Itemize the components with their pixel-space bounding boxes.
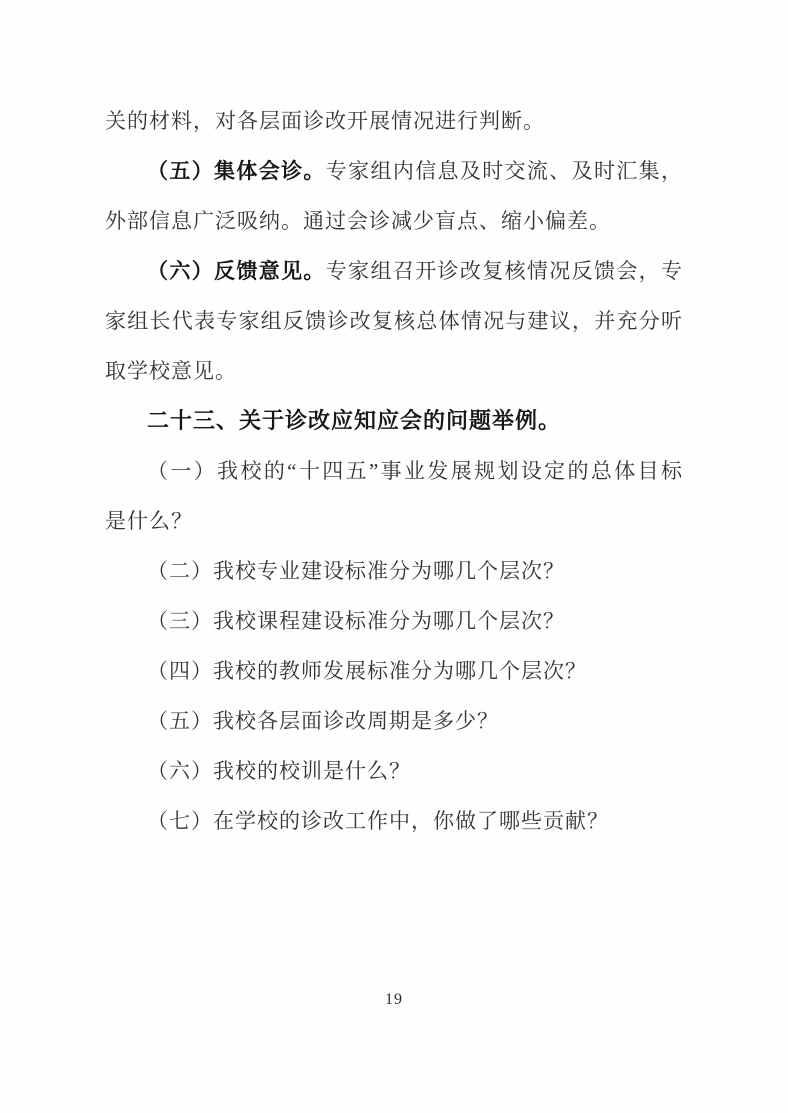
paragraph-continuation-line: 关的材料，对各层面诊改开展情况进行判断。 — [105, 96, 683, 146]
item-five-continuation-line: 外部信息广泛吸纳。通过会诊减少盲点、缩小偏差。 — [105, 196, 683, 246]
question-one-continuation-line: 是什么？ — [105, 496, 683, 546]
question-four-line: （四）我校的教师发展标准分为哪几个层次？ — [105, 646, 683, 696]
item-six-final-line: 取学校意见。 — [105, 346, 683, 396]
page-number: 19 — [0, 991, 788, 1009]
section-twenty-three-heading: 二十三、关于诊改应知应会的问题举例。 — [105, 396, 683, 446]
item-six-continuation-line: 家组长代表专家组反馈诊改复核总体情况与建议，并充分听 — [105, 296, 683, 346]
item-five-text: 专家组内信息及时交流、及时汇集， — [326, 159, 683, 183]
item-five-label: （五）集体会诊。 — [147, 159, 326, 183]
document-body: 关的材料，对各层面诊改开展情况进行判断。 （五）集体会诊。专家组内信息及时交流、… — [105, 96, 683, 846]
question-seven-line: （七）在学校的诊改工作中，你做了哪些贡献？ — [105, 796, 683, 846]
question-one-line: （一）我校的“十四五”事业发展规划设定的总体目标 — [105, 446, 683, 496]
item-six-feedback-line: （六）反馈意见。专家组召开诊改复核情况反馈会，专 — [105, 246, 683, 296]
question-three-line: （三）我校课程建设标准分为哪几个层次？ — [105, 596, 683, 646]
question-six-line: （六）我校的校训是什么？ — [105, 746, 683, 796]
item-five-collective-consultation-line: （五）集体会诊。专家组内信息及时交流、及时汇集， — [105, 146, 683, 196]
item-six-label: （六）反馈意见。 — [147, 259, 326, 283]
question-two-line: （二）我校专业建设标准分为哪几个层次？ — [105, 546, 683, 596]
document-page: 关的材料，对各层面诊改开展情况进行判断。 （五）集体会诊。专家组内信息及时交流、… — [0, 0, 788, 1113]
item-six-text: 专家组召开诊改复核情况反馈会，专 — [326, 259, 683, 283]
question-five-line: （五）我校各层面诊改周期是多少？ — [105, 696, 683, 746]
